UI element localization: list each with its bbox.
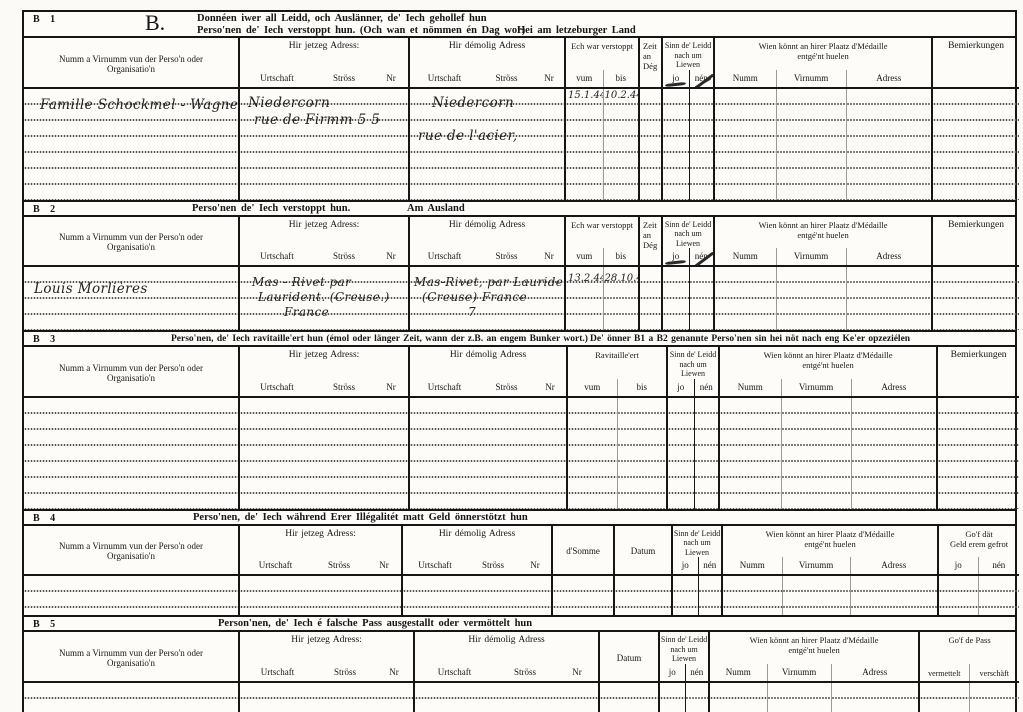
b5-urtschaft2-label: Urtschaft	[414, 664, 494, 682]
b1-urtschaft2-label: Urtschaft	[409, 70, 479, 88]
b4-stross-label: Ströss	[311, 557, 367, 575]
b5-entry-jo-cell	[659, 682, 685, 712]
section-b2-title-extra: Am Ausland	[407, 203, 465, 214]
b5-entry-demolig-cell	[414, 682, 599, 712]
b4-entry-name-cell	[24, 575, 239, 615]
section-b2-table: Numm a Virnumm vun der Perso'n oder Orga…	[24, 217, 1019, 331]
b1-entry-vum-cell: 15.1.44	[565, 88, 603, 200]
zeit-word: Zeit	[643, 220, 661, 230]
b5-entry-nen-cell	[685, 682, 709, 712]
b2-stross-label: Ströss	[314, 248, 374, 266]
section-b3-table: Numm a Virnumm vun der Perso'n oder Orga…	[24, 347, 1019, 509]
b1-entry-name-cell: Famille Schockmel - Wagner	[24, 88, 239, 200]
wien-line1: Wien könnt an hirer Plaatz d'Médaille	[715, 220, 931, 230]
b2-vum-label: vum	[565, 248, 603, 266]
b4-entry-jo-cell	[672, 575, 698, 615]
section-b3-title: Perso'nen, de' Iech ravitaille'ert hun (…	[171, 334, 588, 344]
jo-text: jo	[672, 73, 679, 83]
section-b2-title: Perso'nen de' Iech verstoppt hun.	[192, 203, 350, 214]
b4-nr2-label: Nr	[519, 557, 552, 575]
b1-entry-virnumm-cell	[776, 88, 846, 200]
section-b4-id: B 4	[33, 513, 59, 524]
b5-entry-numm-cell	[709, 682, 767, 712]
b3-entry-bemierkungen-cell	[937, 397, 1019, 509]
b5-demolig-adress-header: Hir démolig Adress	[414, 632, 599, 664]
section-b1-id: B 1	[33, 14, 59, 25]
gof-geld-line2: Geld erem gefrot	[939, 539, 1019, 549]
b5-stross-label: Ströss	[315, 664, 375, 682]
b5-urtschaft-label: Urtschaft	[239, 664, 315, 682]
b4-name-column-header: Numm a Virnumm vun der Perso'n oder Orga…	[24, 526, 239, 576]
b1-stross2-label: Ströss	[479, 70, 534, 88]
b2-entry-numm-cell	[714, 266, 776, 330]
b1-numm-label: Numm	[714, 70, 776, 88]
b3-urtschaft2-label: Urtschaft	[409, 379, 479, 397]
section-b5-title-band: B 5 Person'nen, de' Iech é falsche Pass …	[24, 615, 1015, 632]
b3-stross-label: Ströss	[314, 379, 374, 397]
b1-entry-zeit-cell	[639, 88, 662, 200]
handwritten-address-line: Mas-Rivet, par Laurident.	[410, 267, 564, 290]
b5-entry-vermettelt-cell	[919, 682, 969, 712]
b2-entry-bis-cell: 28.10.44	[603, 266, 639, 330]
b3-bemierkungen-header: Bemierkungen	[937, 347, 1019, 397]
b1-nr2-label: Nr	[534, 70, 565, 88]
b2-entry-bemierkungen-cell	[932, 266, 1019, 330]
jo-text: jo	[672, 251, 679, 261]
wien-line1: Wien könnt an hirer Plaatz d'Médaille	[723, 529, 937, 539]
b3-stross2-label: Ströss	[479, 379, 534, 397]
b4-numm-label: Numm	[722, 557, 782, 575]
b4-urtschaft2-label: Urtschaft	[402, 557, 467, 575]
b2-urtschaft2-label: Urtschaft	[409, 248, 479, 266]
b2-entry-adress-cell	[846, 266, 932, 330]
b2-bemierkungen-header: Bemierkungen	[932, 217, 1019, 267]
b4-entry-jetzeg-cell	[239, 575, 402, 615]
b5-gof-pass-header: Go'f de Pass	[919, 632, 1019, 664]
b3-entry-adress-cell	[851, 397, 937, 509]
b1-entry-jo-cell	[662, 88, 689, 200]
b4-entry-demolig-cell	[402, 575, 552, 615]
b2-nr2-label: Nr	[534, 248, 565, 266]
b4-datum-header: Datum	[614, 526, 672, 576]
b1-wien-header: Wien könnt an hirer Plaatz d'Médaille en…	[714, 38, 932, 70]
handwritten-address-line: Niedercorn	[410, 89, 564, 112]
b1-virnumm-label: Virnumm	[776, 70, 846, 88]
b1-entry-demolig-cell: Niedercorn rue de l'acier,	[409, 88, 565, 200]
b1-name-column-header: Numm a Virnumm vun der Perso'n oder Orga…	[24, 38, 239, 88]
b3-jo-label: jo	[667, 379, 694, 397]
b1-adress-label: Adress	[846, 70, 932, 88]
wien-line1: Wien könnt an hirer Plaatz d'Médaille	[720, 350, 936, 360]
section-b2-id: B 2	[33, 204, 59, 215]
b3-urtschaft-label: Urtschaft	[239, 379, 314, 397]
b5-entry-name-cell	[24, 682, 239, 712]
b3-numm-label: Numm	[719, 379, 781, 397]
wien-line2: entgé'nt huelen	[720, 360, 936, 370]
b5-nr-label: Nr	[375, 664, 414, 682]
b3-entry-nen-cell	[694, 397, 719, 509]
section-b1-table: Numm a Virnumm vun der Perso'n oder Orga…	[24, 38, 1019, 200]
b1-vum-label: vum	[565, 70, 603, 88]
b4-nen-label: nén	[698, 557, 722, 575]
form-b-sections: B 1 B. Donnéen iwer all Leidd, och Auslä…	[22, 10, 1017, 712]
b4-somme-header: d'Somme	[552, 526, 614, 576]
b4-entry-gof-jo-cell	[938, 575, 978, 615]
b1-urtschaft-label: Urtschaft	[239, 70, 314, 88]
handwritten-address-line: 7	[410, 305, 564, 320]
b1-entry-bemierkungen-cell	[932, 88, 1019, 200]
b5-entry-virnumm-cell	[767, 682, 831, 712]
section-b3-title-band: B 3 Perso'nen, de' Iech ravitaille'ert h…	[24, 330, 1015, 347]
b1-entry-jetzeg-cell: Niedercorn rue de Firmm 5 5	[239, 88, 409, 200]
b5-nen-label: nén	[685, 664, 709, 682]
b4-wien-header: Wien könnt an hirer Plaatz d'Médaille en…	[722, 526, 938, 558]
b3-vum-label: vum	[567, 379, 617, 397]
b2-jetzeg-adress-header: Hir jetzeg Adress:	[239, 217, 409, 249]
wien-line2: entgé'nt huelen	[715, 51, 931, 61]
b5-verschaft-label: verschäft	[969, 664, 1019, 682]
b4-jetzeg-adress-header: Hir jetzeg Adress:	[239, 526, 402, 558]
b4-entry-somme-cell	[552, 575, 614, 615]
wien-line2: entgé'nt huelen	[715, 230, 931, 240]
b3-entry-jetzeg-cell	[239, 397, 409, 509]
section-b1-title-line2: Perso'nen de' Iech verstoppt hun. (Och w…	[197, 25, 525, 36]
b4-jo-label: jo	[672, 557, 698, 575]
b2-sinn-leidd-header: Sinn de' Leidd nach um Liewen	[662, 217, 714, 249]
b1-entry-numm-cell	[714, 88, 776, 200]
wien-line2: entgé'nt huelen	[710, 645, 918, 655]
b1-entry-adress-cell	[846, 88, 932, 200]
section-b3-id: B 3	[33, 334, 59, 345]
b3-entry-numm-cell	[719, 397, 781, 509]
b3-adress-label: Adress	[851, 379, 937, 397]
b2-stross2-label: Ströss	[479, 248, 534, 266]
b3-virnumm-label: Virnumm	[781, 379, 851, 397]
b2-virnumm-label: Virnumm	[776, 248, 846, 266]
b3-nr-label: Nr	[374, 379, 409, 397]
b5-name-column-header: Numm a Virnumm vun der Perso'n oder Orga…	[24, 632, 239, 682]
b3-entry-bis-cell	[617, 397, 667, 509]
zeit-word: an	[643, 230, 661, 240]
b4-gof-jo-label: jo	[938, 557, 978, 575]
handwritten-address-line: Mas - Rivet par	[240, 267, 408, 290]
section-b4-title: Perso'nen, de' Iech während Erer Illégal…	[193, 512, 528, 523]
b5-datum-header: Datum	[599, 632, 659, 682]
zeit-word: Zeit	[643, 41, 661, 51]
b2-numm-label: Numm	[714, 248, 776, 266]
zeit-word: Dég	[643, 240, 661, 250]
b5-entry-jetzeg-cell	[239, 682, 414, 712]
b1-jetzeg-adress-header: Hir jetzeg Adress:	[239, 38, 409, 70]
b5-adress-label: Adress	[831, 664, 919, 682]
b3-entry-virnumm-cell	[781, 397, 851, 509]
b5-jetzeg-adress-header: Hir jetzeg Adress:	[239, 632, 414, 664]
b3-entry-jo-cell	[667, 397, 694, 509]
b2-bis-label: bis	[603, 248, 639, 266]
b5-sinn-leidd-header: Sinn de' Leidd nach um Liewen	[659, 632, 709, 664]
b2-entry-vum-cell: 13.2.44	[565, 266, 603, 330]
handwritten-date: 28.10.44	[604, 267, 639, 285]
section-b-letter: B.	[145, 10, 165, 36]
b4-entry-datum-cell	[614, 575, 672, 615]
b4-urtschaft-label: Urtschaft	[239, 557, 311, 575]
b1-bemierkungen-header: Bemierkungen	[932, 38, 1019, 88]
zeit-word: Dég	[643, 61, 661, 71]
gof-geld-line1: Go'f dät	[939, 529, 1019, 539]
b1-jo-label: jo	[662, 70, 689, 88]
section-b5-table: Numm a Virnumm vun der Perso'n oder Orga…	[24, 632, 1019, 712]
section-b1-title-band: B 1 B. Donnéen iwer all Leidd, och Auslä…	[24, 12, 1015, 38]
b3-demolig-adress-header: Hir démolig Adress	[409, 347, 567, 379]
b2-nr-label: Nr	[374, 248, 409, 266]
handwritten-date: 10.2.44	[604, 89, 639, 102]
b3-nr2-label: Nr	[534, 379, 567, 397]
section-b1-title-line1: Donnéen iwer all Leidd, och Auslänner, d…	[197, 13, 487, 24]
section-b5-id: B 5	[33, 619, 59, 630]
section-b4-title-band: B 4 Perso'nen, de' Iech während Erer Ill…	[24, 509, 1015, 526]
b2-entry-zeit-cell	[639, 266, 662, 330]
b4-nr-label: Nr	[367, 557, 402, 575]
handwritten-address-line: France	[240, 305, 408, 320]
b1-entry-nen-cell	[689, 88, 714, 200]
b4-demolig-adress-header: Hir démolig Adress	[402, 526, 552, 558]
b1-nr-label: Nr	[374, 70, 409, 88]
jo-check-mark	[665, 81, 686, 86]
b1-zeit-header: Zeit an Dég	[639, 38, 662, 88]
section-b2-title-band: B 2 Perso'nen de' Iech verstoppt hun. Am…	[24, 200, 1015, 217]
section-b4-table: Numm a Virnumm vun der Perso'n oder Orga…	[24, 526, 1019, 616]
b3-jetzeg-adress-header: Hir jetzeg Adress:	[239, 347, 409, 379]
b1-entry-bis-cell: 10.2.44	[603, 88, 639, 200]
b2-urtschaft-label: Urtschaft	[239, 248, 314, 266]
b2-entry-demolig-cell: Mas-Rivet, par Laurident. (Creuse) Franc…	[409, 266, 565, 330]
b5-nr2-label: Nr	[556, 664, 599, 682]
b2-entry-virnumm-cell	[776, 266, 846, 330]
handwritten-date: 15.1.44	[566, 89, 603, 102]
b4-gof-geld-header: Go'f dät Geld erem gefrot	[938, 526, 1019, 558]
b1-sinn-leidd-header: Sinn de' Leidd nach um Liewen	[662, 38, 714, 70]
b5-jo-label: jo	[659, 664, 685, 682]
b2-entry-name-cell: Louis Morlières	[24, 266, 239, 330]
b5-entry-datum-cell	[599, 682, 659, 712]
b5-entry-verschaft-cell	[969, 682, 1019, 712]
b5-vermettelt-label: vermettelt	[919, 664, 969, 682]
zeit-word: an	[643, 51, 661, 61]
b3-entry-name-cell	[24, 397, 239, 509]
b4-gof-nen-label: nén	[978, 557, 1019, 575]
handwritten-name: Louis Morlières	[24, 267, 238, 298]
b2-zeit-header: Zeit an Dég	[639, 217, 662, 267]
handwritten-address-line: Niedercorn	[240, 89, 408, 112]
handwritten-address-line: (Creuse) France	[410, 290, 564, 305]
b4-entry-adress-cell	[850, 575, 938, 615]
b3-bis-label: bis	[617, 379, 667, 397]
b4-entry-gof-nen-cell	[978, 575, 1019, 615]
handwritten-address-line: Laurident. (Creuse.)	[240, 290, 408, 305]
b2-jo-label: jo	[662, 248, 689, 266]
b1-verstoppt-header: Ech war verstoppt	[565, 38, 639, 70]
b2-wien-header: Wien könnt an hirer Plaatz d'Médaille en…	[714, 217, 932, 249]
b3-nen-label: nén	[694, 379, 719, 397]
handwritten-address-line: rue de l'acier,	[410, 112, 564, 145]
b1-stross-label: Ströss	[314, 70, 374, 88]
b3-name-column-header: Numm a Virnumm vun der Perso'n oder Orga…	[24, 347, 239, 397]
b1-nen-label: nén	[689, 70, 714, 88]
handwritten-name: Famille Schockmel - Wagner	[24, 89, 238, 114]
b3-wien-header: Wien könnt an hirer Plaatz d'Médaille en…	[719, 347, 937, 379]
jo-check-mark	[665, 260, 686, 265]
b5-virnumm-label: Virnumm	[767, 664, 831, 682]
section-b3-title-extra: De' önner B1 a B2 genannte Perso'nen sin…	[590, 334, 910, 344]
b4-sinn-leidd-header: Sinn de' Leidd nach um Liewen	[672, 526, 722, 558]
b5-wien-header: Wien könnt an hirer Plaatz d'Médaille en…	[709, 632, 919, 664]
b2-entry-nen-cell	[689, 266, 714, 330]
section-b5-title: Person'nen, de' Iech é falsche Pass ausg…	[218, 618, 532, 629]
b3-ravitailleert-header: Ravitaille'ert	[567, 347, 667, 379]
b4-virnumm-label: Virnumm	[782, 557, 850, 575]
b1-bis-label: bis	[603, 70, 639, 88]
b4-entry-numm-cell	[722, 575, 782, 615]
b2-nen-label: nén	[689, 248, 714, 266]
b2-adress-label: Adress	[846, 248, 932, 266]
b2-name-column-header: Numm a Virnumm vun der Perso'n oder Orga…	[24, 217, 239, 267]
wien-line2: entgé'nt huelen	[723, 539, 937, 549]
b3-entry-demolig-cell	[409, 397, 567, 509]
wien-line1: Wien könnt an hirer Plaatz d'Médaille	[715, 41, 931, 51]
b3-sinn-leidd-header: Sinn de' Leidd nach um Liewen	[667, 347, 719, 379]
wien-line1: Wien könnt an hirer Plaatz d'Médaille	[710, 635, 918, 645]
b4-entry-nen-cell	[698, 575, 722, 615]
b5-stross2-label: Ströss	[494, 664, 556, 682]
b4-entry-virnumm-cell	[782, 575, 850, 615]
b1-demolig-adress-header: Hir démolig Adress	[409, 38, 565, 70]
b3-entry-vum-cell	[567, 397, 617, 509]
scanned-document-page: B 1 B. Donnéen iwer all Leidd, och Auslä…	[0, 0, 1023, 712]
b2-entry-jo-cell	[662, 266, 689, 330]
handwritten-date: 13.2.44	[566, 267, 603, 285]
section-b1-title-extra: Hei am letzeburger Land	[517, 25, 636, 36]
b5-numm-label: Numm	[709, 664, 767, 682]
b2-demolig-adress-header: Hir démolig Adress	[409, 217, 565, 249]
handwritten-address-line: rue de Firmm 5 5	[240, 112, 408, 129]
b2-verstoppt-header: Ech war verstoppt	[565, 217, 639, 249]
b4-stross2-label: Ströss	[467, 557, 519, 575]
b5-entry-adress-cell	[831, 682, 919, 712]
b2-entry-jetzeg-cell: Mas - Rivet par Laurident. (Creuse.) Fra…	[239, 266, 409, 330]
b4-adress-label: Adress	[850, 557, 938, 575]
